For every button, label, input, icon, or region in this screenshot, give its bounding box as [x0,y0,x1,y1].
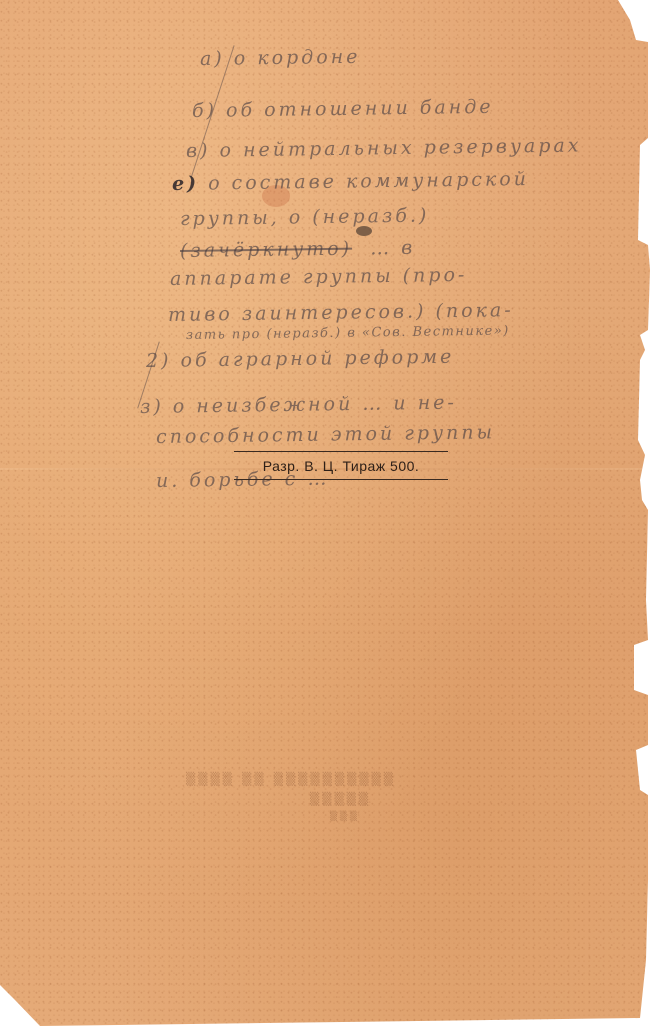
note-line: з) о неизбежной … и не- [140,392,457,418]
note-text: группы, о (неразб.) [180,205,430,230]
bleed-through-line-3: ▒▒▒ [330,812,360,822]
note-marker: б) [192,100,217,122]
bleed-through-line-1: ▒▒▒▒ ▒▒ ▒▒▒▒▒▒▒▒▒▒ [186,772,396,786]
note-marker: в) [186,140,211,162]
note-text: аппарате группы (про- [170,264,468,290]
note-text: о кордоне [234,46,361,70]
note-line: б) об отношении банде [192,96,494,122]
printer-imprint: Разр. В. Ц. Тираж 500. [234,451,448,480]
note-marker: 2) [146,350,172,372]
struck-text: (зачёркнуто) [180,238,352,262]
note-marker: а) [200,48,225,70]
note-line: а) о кордоне [200,46,361,70]
note-text: об отношении банде [226,96,494,122]
note-line: аппарате группы (про- [170,264,468,290]
note-marker: з) [140,396,164,418]
note-text: о составе коммунарской [208,168,529,194]
note-marker: е) [172,173,199,195]
note-text: об аграрной реформе [180,346,454,372]
note-text: … в [361,237,415,260]
note-line: группы, о (неразб.) [180,205,430,230]
note-text: о неизбежной … и не- [173,392,457,418]
bleed-through-line-2: ▒▒▒▒▒ [310,792,371,806]
imprint-text: Разр. В. Ц. Тираж 500. [263,458,420,474]
note-line: 2) об аграрной реформе [146,346,455,372]
note-line: (зачёркнуто) … в [180,237,416,262]
